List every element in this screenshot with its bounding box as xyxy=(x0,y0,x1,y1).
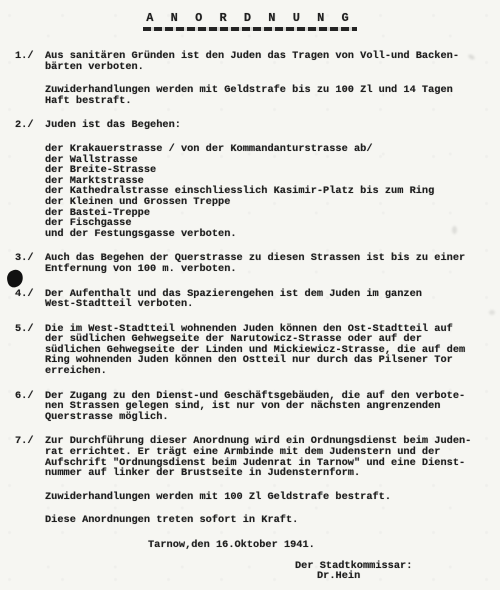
item-body: Der Aufenthalt und das Spazierengehen is… xyxy=(45,289,486,310)
item-number: 7./ xyxy=(15,436,45,526)
paragraph: Auch das Begehen der Querstrasse zu dies… xyxy=(45,253,486,274)
item-number: 4./ xyxy=(15,289,45,310)
order-item-3: 3./Auch das Begehen der Querstrasse zu d… xyxy=(0,253,500,274)
item-body: Aus sanitären Gründen ist den Juden das … xyxy=(45,51,486,106)
dateline: Tarnow,den 16.Oktober 1941. xyxy=(148,540,500,551)
paragraph: Die im West-Stadtteil wohnenden Juden kö… xyxy=(45,324,486,377)
order-item-6: 6./Der Zugang zu den Dienst-und Geschäft… xyxy=(0,391,500,423)
paragraph: Aus sanitären Gründen ist den Juden das … xyxy=(45,51,486,72)
item-number: 6./ xyxy=(15,391,45,423)
signature-name: Dr.Hein xyxy=(317,571,500,582)
order-item-1: 1./Aus sanitären Gründen ist den Juden d… xyxy=(0,51,500,106)
scanned-document-page: A N O R D N U N G 1./Aus sanitären Gründ… xyxy=(0,0,500,590)
paragraph: der Krakauerstrasse / von der Kommandant… xyxy=(45,144,486,239)
paragraph: Diese Anordnungen treten sofort in Kraft… xyxy=(45,515,486,526)
document-title: A N O R D N U N G xyxy=(146,11,353,25)
smudge-artifact xyxy=(489,310,495,315)
paragraph: Zur Durchführung dieser Anordnung wird e… xyxy=(45,436,486,478)
item-body: Juden ist das Begehen:der Krakauerstrass… xyxy=(45,120,486,239)
order-item-7: 7./Zur Durchführung dieser Anordnung wir… xyxy=(0,436,500,526)
paragraph: Zuwiderhandlungen werden mit Geldstrafe … xyxy=(45,85,486,106)
paragraph: Der Aufenthalt und das Spazierengehen is… xyxy=(45,289,486,310)
signature-block: Der Stadtkommissar: Dr.Hein xyxy=(295,561,500,582)
order-item-4: 4./Der Aufenthalt und das Spazierengehen… xyxy=(0,289,500,310)
paragraph: Zuwiderhandlungen werden mit 100 Zl Geld… xyxy=(45,492,486,503)
item-body: Die im West-Stadtteil wohnenden Juden kö… xyxy=(45,324,486,377)
paragraph: Juden ist das Begehen: xyxy=(45,120,486,131)
item-body: Zur Durchführung dieser Anordnung wird e… xyxy=(45,436,486,526)
title-underline xyxy=(143,27,357,31)
item-number: 2./ xyxy=(15,120,45,239)
item-number: 1./ xyxy=(15,51,45,106)
paragraph: Der Zugang zu den Dienst-und Geschäftsge… xyxy=(45,391,486,423)
smudge-artifact xyxy=(452,226,457,234)
order-item-2: 2./Juden ist das Begehen:der Krakauerstr… xyxy=(0,120,500,239)
title-block: A N O R D N U N G xyxy=(0,0,500,31)
order-item-5: 5./Die im West-Stadtteil wohnenden Juden… xyxy=(0,324,500,377)
item-number: 5./ xyxy=(15,324,45,377)
item-body: Der Zugang zu den Dienst-und Geschäftsge… xyxy=(45,391,486,423)
order-items: 1./Aus sanitären Gründen ist den Juden d… xyxy=(0,51,500,526)
item-body: Auch das Begehen der Querstrasse zu dies… xyxy=(45,253,486,274)
